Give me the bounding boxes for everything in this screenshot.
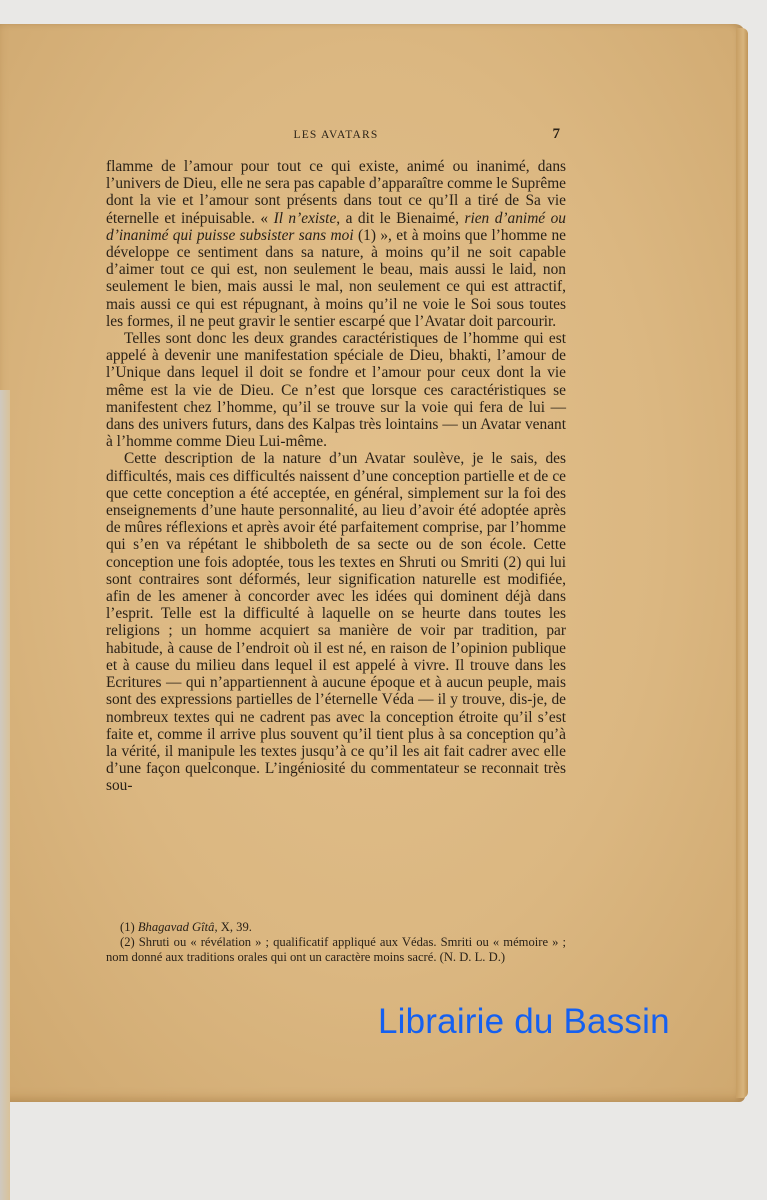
- footnote-1-number: (1): [120, 920, 138, 934]
- watermark: Librairie du Bassin: [378, 1002, 670, 1042]
- paragraph-1-text-b: , a dit le Bienaimé,: [336, 210, 464, 227]
- footnote-1-reference: , X, 39.: [214, 920, 251, 934]
- footnote-1: (1) Bhagavad Gîtâ, X, 39.: [106, 920, 566, 935]
- footnotes: (1) Bhagavad Gîtâ, X, 39. (2) Shruti ou …: [106, 920, 566, 965]
- quote-italic-1: Il n’existe: [274, 210, 337, 227]
- paragraph-2: Telles sont donc les deux grandes caract…: [106, 330, 566, 450]
- running-head: LES AVATARS 7: [106, 129, 566, 147]
- footnote-1-title: Bhagavad Gîtâ: [138, 920, 215, 934]
- paragraph-3: Cette description de la nature d’un Avat…: [106, 450, 566, 794]
- running-title: LES AVATARS: [106, 129, 566, 141]
- adjacent-page-edge: [0, 390, 10, 1200]
- page-edge: [736, 28, 748, 1098]
- paragraph-1: flamme de l’amour pour tout ce qui exist…: [106, 158, 566, 330]
- body-text: flamme de l’amour pour tout ce qui exist…: [106, 158, 566, 795]
- footnote-2: (2) Shruti ou « révélation » ; qualifica…: [106, 935, 566, 965]
- page-number: 7: [553, 126, 561, 143]
